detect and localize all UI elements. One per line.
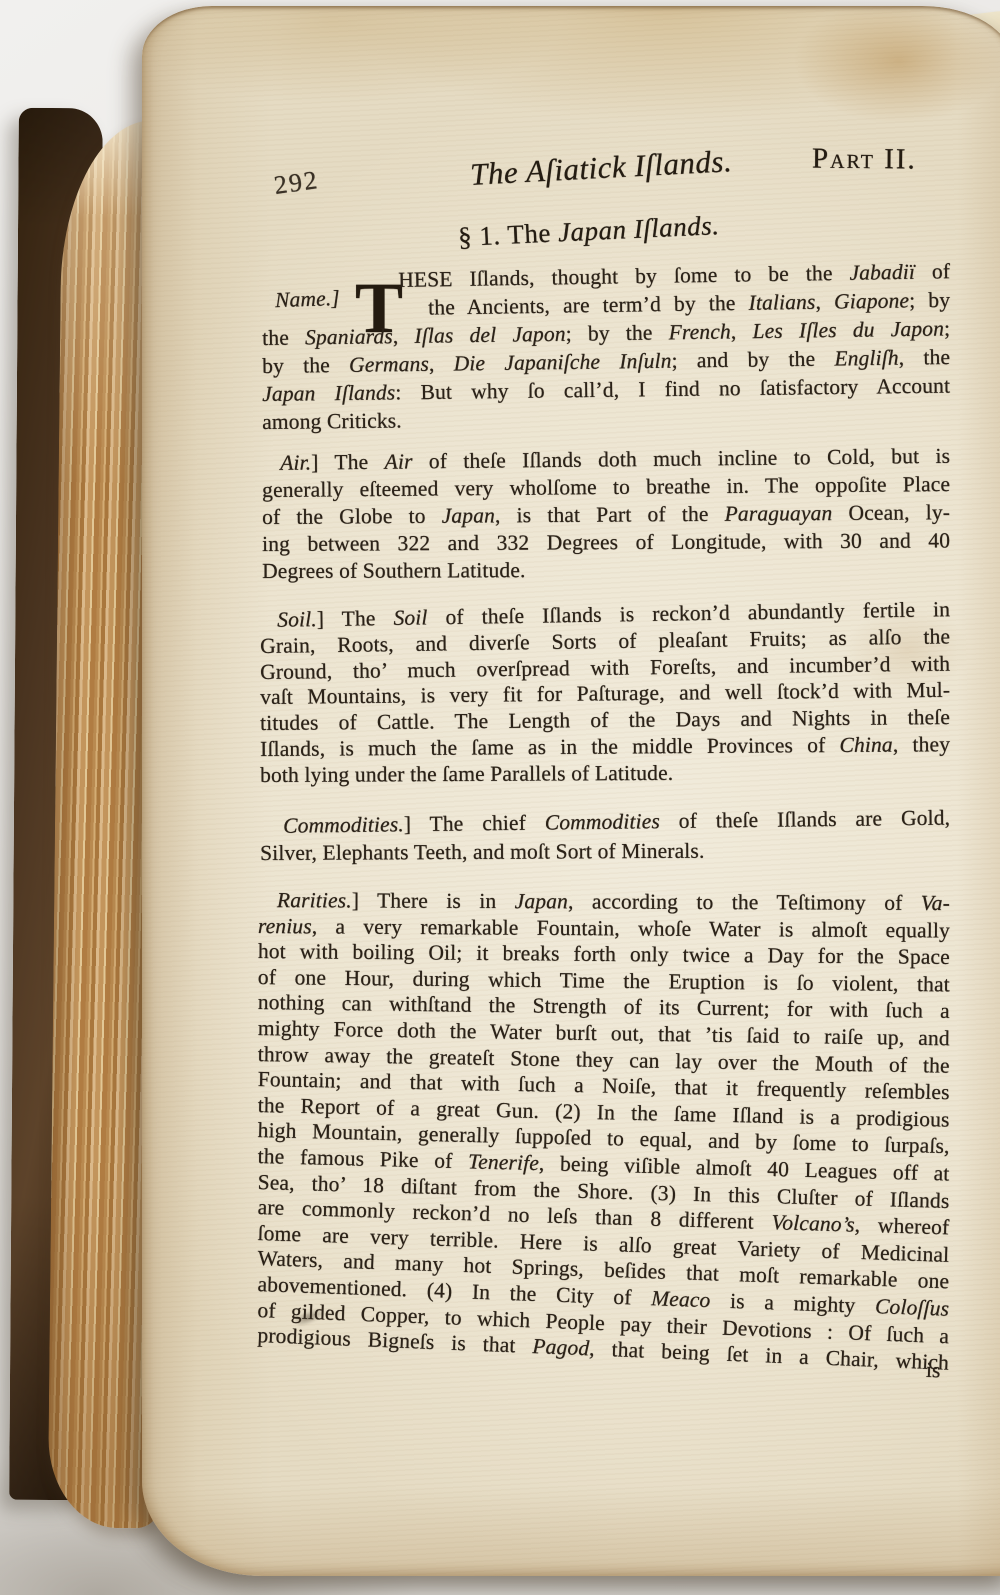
text-line: Rarities.] There is in Japan, according … bbox=[258, 888, 950, 917]
text-line: of the Globe to Japan, is that Part of t… bbox=[262, 499, 950, 531]
text-line: Commodities.] The chief Commodities of t… bbox=[260, 805, 950, 840]
book-photograph: 292 The Aſiatick Iſlands. Part II. § 1. … bbox=[0, 0, 1000, 1595]
printed-text-layer: 292 The Aſiatick Iſlands. Part II. § 1. … bbox=[0, 0, 1000, 1595]
paragraph-name: Name.]THESE Iſlands, thought by ſome to … bbox=[262, 268, 950, 436]
paragraph-air: Air.] The Air of theſe Iſlands doth much… bbox=[262, 450, 950, 585]
text-line: Degrees of Southern Latitude. bbox=[262, 556, 950, 585]
paragraph-commodities: Commodities.] The chief Commodities of t… bbox=[260, 813, 950, 867]
text-line: both lying under the ſame Parallels of L… bbox=[260, 759, 950, 788]
text-line: ing between 322 and 332 Degrees of Longi… bbox=[262, 527, 950, 558]
running-title: The Aſiatick Iſlands. bbox=[469, 143, 733, 193]
paragraph-rarities: Rarities.] There is in Japan, according … bbox=[258, 888, 950, 1349]
catchword: is bbox=[926, 1358, 941, 1384]
page-number: 292 bbox=[272, 165, 321, 201]
text-line: Silver, Elephants Teeth, and moſt Sort o… bbox=[260, 836, 950, 867]
paragraph-soil: Soil.] The Soil of theſe Iſlands is reck… bbox=[260, 608, 950, 789]
section-heading: § 1. The Japan Iſlands. bbox=[457, 210, 720, 253]
text-line: Iſlands, is much the ſame as in the midd… bbox=[260, 732, 950, 763]
part-label: Part II. bbox=[812, 143, 917, 177]
